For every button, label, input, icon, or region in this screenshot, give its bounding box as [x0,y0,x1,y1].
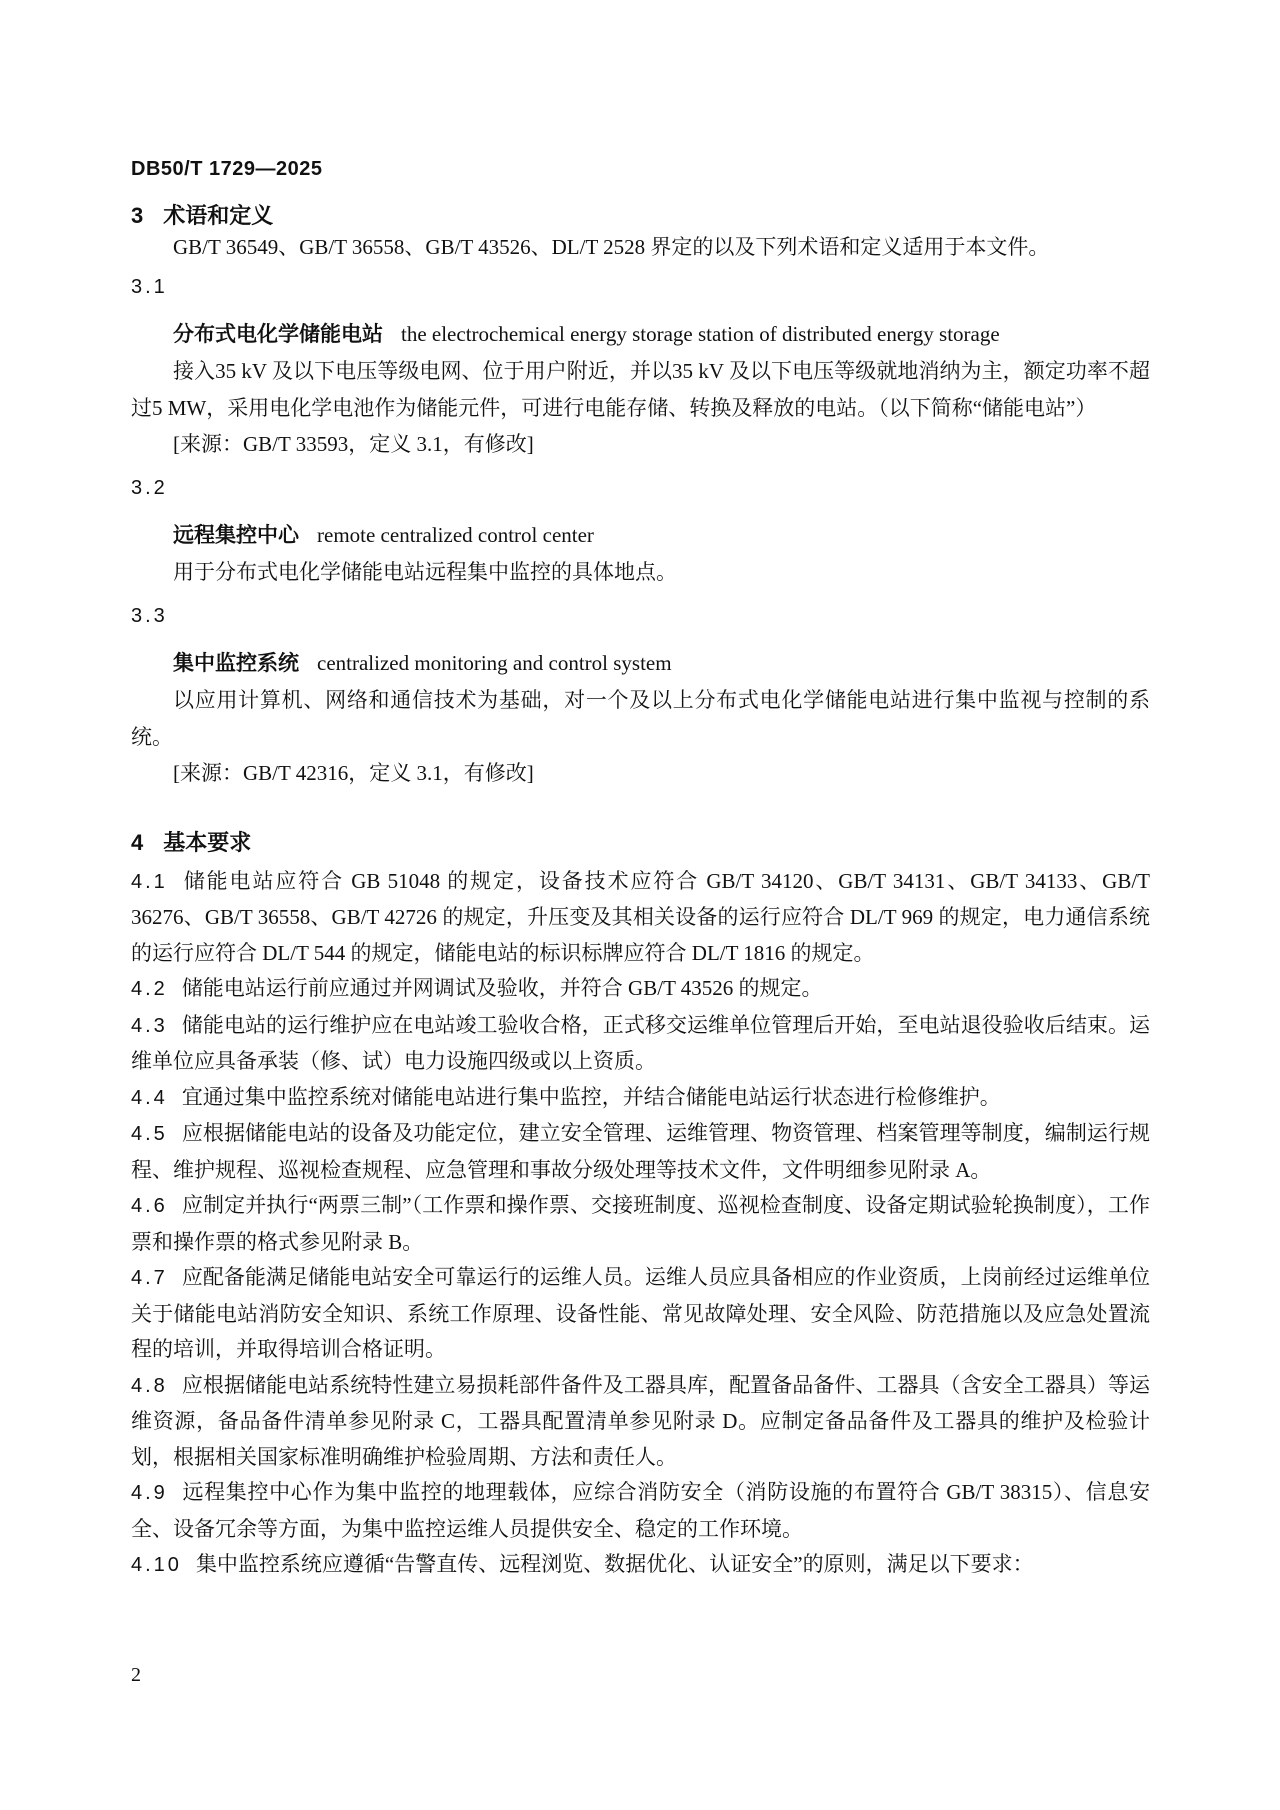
term-en-3-2: remote centralized control center [317,523,594,547]
section-4-heading-title: 基本要求 [163,830,251,855]
requirement-item: 4.3储能电站的运行维护应在电站竣工验收合格，正式移交运维单位管理后开始，至电站… [131,1008,1150,1080]
document-page: DB50/T 1729—2025 3术语和定义 GB/T 36549、GB/T … [0,0,1280,1810]
term-zh-3-1: 分布式电化学储能电站 [173,323,383,346]
section-3-heading-title: 术语和定义 [163,203,273,228]
section-4-heading-number: 4 [131,830,143,855]
clause-number-3-2: 3.2 [131,475,1150,501]
term-zh-3-3: 集中监控系统 [173,652,299,675]
section-3-heading-number: 3 [131,203,143,228]
page-content: DB50/T 1729—2025 3术语和定义 GB/T 36549、GB/T … [131,156,1150,1584]
term-line-3-1: 分布式电化学储能电站the electrochemical energy sto… [131,316,1150,354]
requirement-text: 宜通过集中监控系统对储能电站进行集中监控，并结合储能电站运行状态进行检修维护。 [182,1085,1001,1109]
clause-number-3-3: 3.3 [131,603,1150,629]
requirement-text: 应配备能满足储能电站安全可靠运行的运维人员。运维人员应具备相应的作业资质，上岗前… [131,1265,1150,1361]
term-line-3-2: 远程集控中心remote centralized control center [131,517,1150,555]
requirement-number: 4.9 [131,1482,168,1504]
requirement-item: 4.2储能电站运行前应通过并网调试及验收，并符合 GB/T 43526 的规定。 [131,971,1150,1008]
requirement-text: 应制定并执行“两票三制”（工作票和操作票、交接班制度、巡视检查制度、设备定期试验… [131,1193,1150,1254]
section-3-heading: 3术语和定义 [131,203,1150,229]
requirement-text: 应根据储能电站系统特性建立易损耗部件备件及工器具库，配置备品备件、工器具（含安全… [131,1373,1150,1469]
term-source-3-1: [来源：GB/T 33593，定义 3.1，有修改] [131,426,1150,463]
requirement-number: 4.8 [131,1375,168,1397]
requirement-number: 4.7 [131,1267,168,1289]
section-4-heading: 4基本要求 [131,830,1150,856]
requirement-number: 4.10 [131,1554,182,1576]
term-en-3-1: the electrochemical energy storage stati… [401,322,1000,346]
term-definition-3-3: 以应用计算机、网络和通信技术为基础，对一个及以上分布式电化学储能电站进行集中监视… [131,682,1150,755]
term-en-3-3: centralized monitoring and control syste… [317,651,672,675]
requirement-item: 4.4宜通过集中监控系统对储能电站进行集中监控，并结合储能电站运行状态进行检修维… [131,1080,1150,1117]
requirement-text: 应根据储能电站的设备及功能定位，建立安全管理、运维管理、物资管理、档案管理等制度… [131,1121,1150,1182]
requirement-item: 4.7应配备能满足储能电站安全可靠运行的运维人员。运维人员应具备相应的作业资质，… [131,1260,1150,1368]
requirement-text: 集中监控系统应遵循“告警直传、远程浏览、数据优化、认证安全”的原则，满足以下要求… [196,1552,1034,1576]
requirement-item: 4.9远程集控中心作为集中监控的地理载体，应综合消防安全（消防设施的布置符合 G… [131,1475,1150,1547]
requirement-number: 4.3 [131,1015,168,1037]
page-number: 2 [131,1662,141,1688]
requirement-text: 远程集控中心作为集中监控的地理载体，应综合消防安全（消防设施的布置符合 GB/T… [131,1480,1150,1541]
requirement-number: 4.5 [131,1123,168,1145]
requirement-item: 4.6应制定并执行“两票三制”（工作票和操作票、交接班制度、巡视检查制度、设备定… [131,1188,1150,1260]
requirement-text: 储能电站应符合 GB 51048 的规定，设备技术应符合 GB/T 34120、… [131,869,1150,965]
term-definition-3-1: 接入35 kV 及以下电压等级电网、位于用户附近，并以35 kV 及以下电压等级… [131,353,1150,426]
requirement-item: 4.5应根据储能电站的设备及功能定位，建立安全管理、运维管理、物资管理、档案管理… [131,1116,1150,1188]
term-source-3-3: [来源：GB/T 42316，定义 3.1，有修改] [131,755,1150,792]
requirement-number: 4.2 [131,978,168,1000]
requirement-item: 4.8应根据储能电站系统特性建立易损耗部件备件及工器具库，配置备品备件、工器具（… [131,1368,1150,1476]
requirement-item: 4.1储能电站应符合 GB 51048 的规定，设备技术应符合 GB/T 341… [131,864,1150,972]
term-definition-3-2: 用于分布式电化学储能电站远程集中监控的具体地点。 [131,554,1150,591]
requirement-number: 4.6 [131,1195,168,1217]
requirement-text: 储能电站运行前应通过并网调试及验收，并符合 GB/T 43526 的规定。 [182,976,823,1000]
requirement-number: 4.1 [131,871,168,893]
clause-number-3-1: 3.1 [131,274,1150,300]
requirement-item: 4.10集中监控系统应遵循“告警直传、远程浏览、数据优化、认证安全”的原则，满足… [131,1547,1150,1584]
requirement-number: 4.4 [131,1087,168,1109]
terms-intro-paragraph: GB/T 36549、GB/T 36558、GB/T 43526、DL/T 25… [131,229,1150,266]
document-number: DB50/T 1729—2025 [131,156,1150,182]
requirement-text: 储能电站的运行维护应在电站竣工验收合格，正式移交运维单位管理后开始，至电站退役验… [131,1013,1150,1074]
term-line-3-3: 集中监控系统centralized monitoring and control… [131,645,1150,683]
term-zh-3-2: 远程集控中心 [173,524,299,547]
